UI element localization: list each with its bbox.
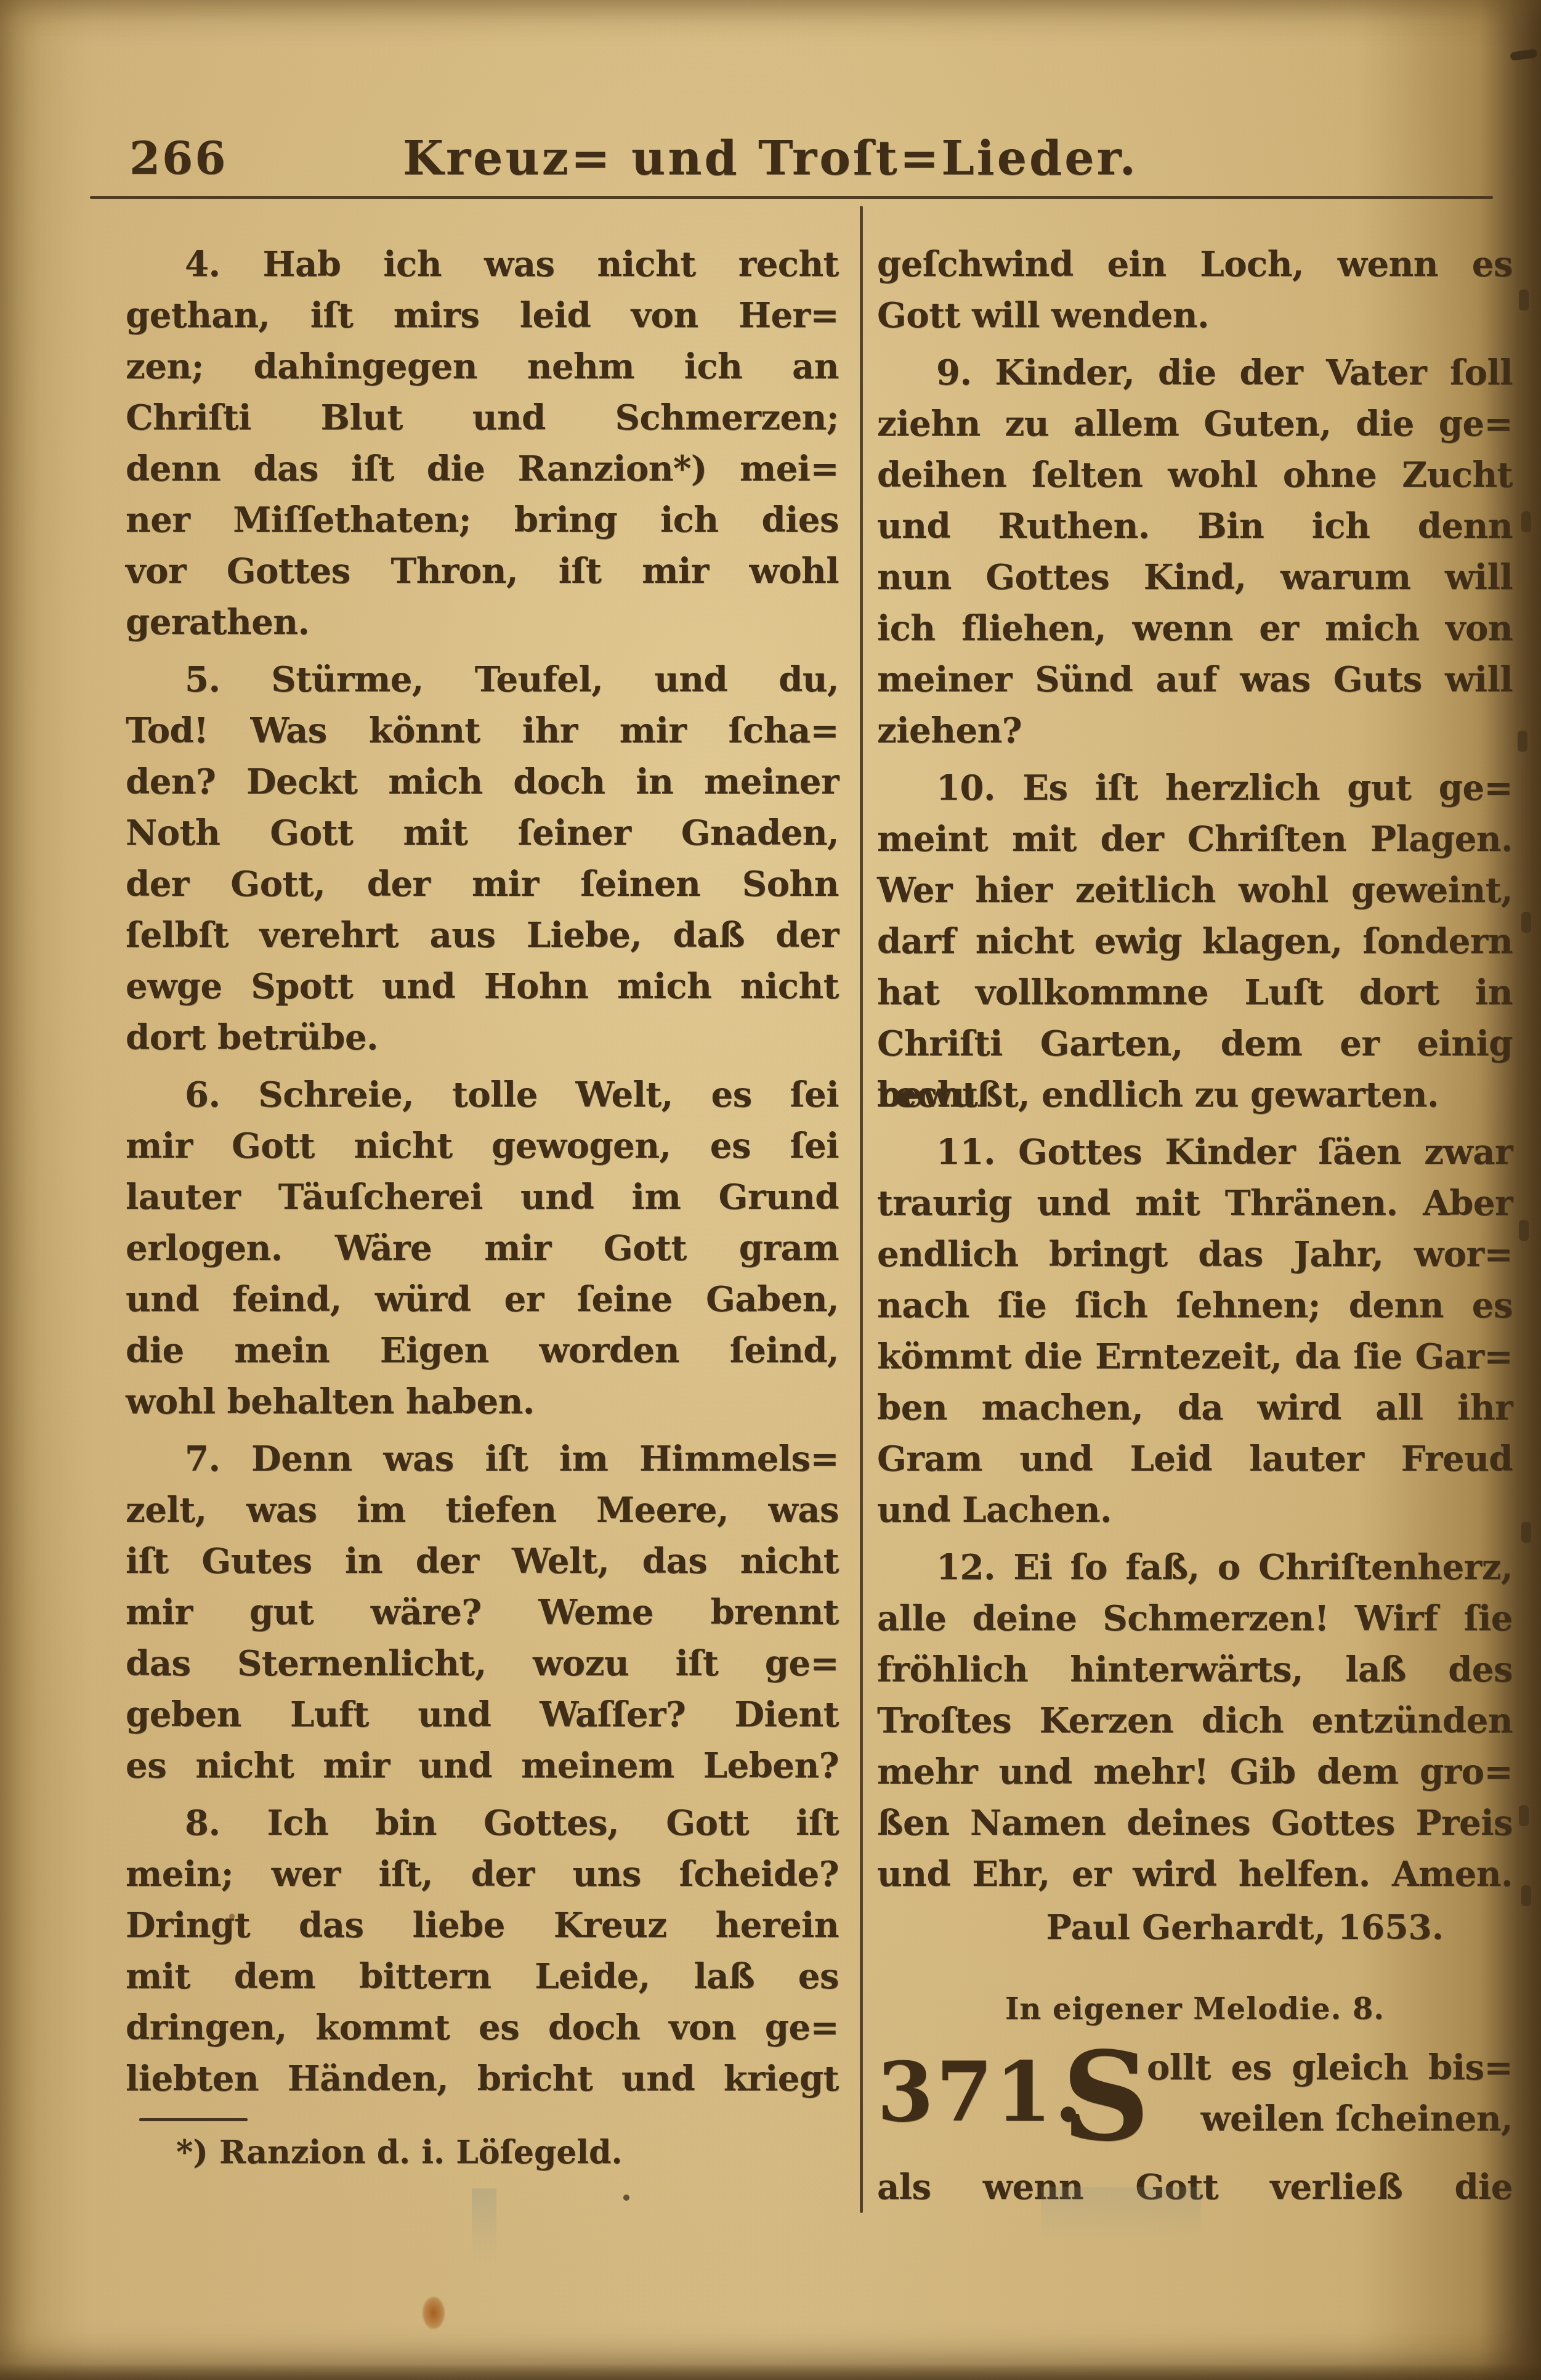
book-page: 266 Kreuz= und Troſt=Lieder. 4. Hab ich … (0, 0, 1541, 2380)
scan-streak (472, 2188, 496, 2262)
text-line: geben Luft und Waſſer? Dient (126, 1689, 839, 1740)
page-edge-mark (1521, 1885, 1531, 1906)
text-line: der Gott, der mir ſeinen Sohn (126, 859, 839, 910)
text-line: es nicht mir und meinem Leben? (126, 1740, 839, 1792)
text-line: wohl behalten haben. (126, 1376, 839, 1428)
text-line: nun Gottes Kind, warum will (877, 552, 1513, 603)
text-line: 10. Es iſt herzlich gut ge= (877, 763, 1513, 814)
text-line: iſt Gutes in der Welt, das nicht (126, 1536, 839, 1587)
verse-9: 9. Kinder, die der Vater ſollziehn zu al… (877, 347, 1513, 757)
paper-speck (623, 2195, 629, 2201)
hymn-371-opening: 371. S ollt es gleich bis=weilen ſcheine… (877, 2039, 1513, 2159)
text-line: 7. Denn was iſt im Himmels= (126, 1434, 839, 1485)
text-line: ziehen? (877, 705, 1513, 757)
verse-6: 6. Schreie, tolle Welt, es ſeimir Gott n… (126, 1070, 839, 1428)
text-line: 8. Ich bin Gottes, Gott iſt (126, 1798, 839, 1849)
text-line: 9. Kinder, die der Vater ſoll (877, 347, 1513, 399)
footnote-separator (139, 2118, 248, 2121)
right-column: geſchwind ein Loch, wenn esGott will wen… (877, 239, 1513, 2213)
hymn-dropcap-initial: S (1062, 2039, 1147, 2159)
page-edge-mark (1519, 1220, 1529, 1241)
text-line: endlich bringt das Jahr, wor= (877, 1229, 1513, 1280)
text-line: Tod! Was könnt ihr mir ſcha= (126, 705, 839, 757)
text-line: traurig und mit Thränen. Aber (877, 1178, 1513, 1229)
hymn-continuation-line: als wenn Gott verließ die (877, 2162, 1513, 2213)
verse-11: 11. Gottes Kinder ſäen zwartraurig und m… (877, 1127, 1513, 1536)
text-line: 4. Hab ich was nicht recht (126, 239, 839, 290)
page-header-title: Kreuz= und Troſt=Lieder. (0, 131, 1541, 185)
text-line: mir gut wäre? Weme brennt (126, 1587, 839, 1638)
text-line: gethan, iſt mirs leid von Her= (126, 290, 839, 341)
paper-stain-rust (423, 2297, 445, 2329)
text-line: erlogen. Wäre mir Gott gram (126, 1223, 839, 1274)
text-line: und feind, würd er ſeine Gaben, (126, 1274, 839, 1325)
text-line: dringen, kommt es doch von ge= (126, 2002, 839, 2053)
page-edge-mark (1519, 290, 1529, 311)
text-line: meint mit der Chriſten Plagen. (877, 814, 1513, 865)
text-line: zen; dahingegen nehm ich an (126, 341, 839, 392)
header-rule (90, 196, 1493, 199)
text-line: Troſtes Kerzen dich entzünden (877, 1696, 1513, 1747)
text-line: die mein Eigen worden ſeind, (126, 1325, 839, 1376)
text-line: gerathen. (126, 597, 839, 648)
text-line: weilen ſcheinen, (1147, 2094, 1513, 2145)
text-line: mit dem bittern Leide, laß es (126, 1951, 839, 2002)
text-line: ewge Spott und Hohn mich nicht (126, 961, 839, 1012)
verse-12: 12. Ei ſo faß, o Chriſtenherz,alle deine… (877, 1542, 1513, 1900)
text-line: ben machen, da wird all ihr (877, 1383, 1513, 1434)
text-line: 11. Gottes Kinder ſäen zwar (877, 1127, 1513, 1178)
text-line: liebten Händen, bricht und kriegt (126, 2053, 839, 2105)
text-line: dort betrübe. (126, 1012, 839, 1063)
text-line: mir Gott nicht gewogen, es ſei (126, 1121, 839, 1172)
hymn-attribution: Paul Gerhardt, 1653. (877, 1901, 1513, 1952)
text-line: ich fliehen, wenn er mich von (877, 603, 1513, 654)
verse-4: 4. Hab ich was nicht rechtgethan, iſt mi… (126, 239, 839, 648)
verse-10: 10. Es iſt herzlich gut ge=meint mit der… (877, 763, 1513, 1121)
text-line: ziehn zu allem Guten, die ge= (877, 399, 1513, 450)
text-line: bewußt, endlich zu gewarten. (877, 1070, 1513, 1121)
text-line: und Ruthen. Bin ich denn (877, 501, 1513, 552)
page-edge-mark (1519, 1805, 1529, 1826)
ink-mark-top-right (1510, 49, 1538, 61)
text-line: 6. Schreie, tolle Welt, es ſei (126, 1070, 839, 1121)
page-edge-mark (1521, 912, 1531, 933)
text-line: ſelbſt verehrt aus Liebe, daß der (126, 910, 839, 961)
text-line: ner Miſſethaten; bring ich dies (126, 495, 839, 546)
text-line: mehr und mehr! Gib dem gro= (877, 1747, 1513, 1798)
hymn-number: 371. (877, 2039, 1062, 2159)
text-line: 5. Stürme, Teufel, und du, (126, 654, 839, 705)
verse-8-continuation: geſchwind ein Loch, wenn esGott will wen… (877, 239, 1513, 341)
text-line: das Sternenlicht, wozu iſt ge= (126, 1638, 839, 1689)
text-line: kömmt die Erntezeit, da ſie Gar= (877, 1331, 1513, 1383)
verse-8: 8. Ich bin Gottes, Gott iſtmein; wer iſt… (126, 1798, 839, 2105)
text-line: hat vollkommne Luſt dort in (877, 967, 1513, 1018)
text-line: 12. Ei ſo faß, o Chriſtenherz, (877, 1542, 1513, 1593)
text-line: fröhlich hinterwärts, laß des (877, 1644, 1513, 1696)
text-line: meiner Sünd auf was Guts will (877, 654, 1513, 705)
verse-7: 7. Denn was iſt im Himmels=zelt, was im … (126, 1434, 839, 1792)
text-line: ollt es gleich bis= (1147, 2042, 1513, 2094)
text-line: lauter Täuſcherei und im Grund (126, 1172, 839, 1223)
footnote-text: *) Ranzion d. i. Löſegeld. (126, 2131, 839, 2174)
text-line: vor Gottes Thron, iſt mir wohl (126, 546, 839, 597)
text-line: deihen ſelten wohl ohne Zucht (877, 450, 1513, 501)
text-line: geſchwind ein Loch, wenn es (877, 239, 1513, 290)
text-line: zelt, was im tiefen Meere, was (126, 1485, 839, 1536)
text-line: und Lachen. (877, 1485, 1513, 1536)
text-line: den? Deckt mich doch in meiner (126, 757, 839, 808)
text-line: nach ſie ſich ſehnen; denn es (877, 1280, 1513, 1331)
text-line: Gott will wenden. (877, 290, 1513, 341)
text-line: Dringt das liebe Kreuz herein (126, 1900, 839, 1951)
verse-5: 5. Stürme, Teufel, und du,Tod! Was könnt… (126, 654, 839, 1063)
text-line: Noth Gott mit ſeiner Gnaden, (126, 808, 839, 859)
text-line: und Ehr, er wird helfen. Amen. (877, 1849, 1513, 1900)
left-column: 4. Hab ich was nicht rechtgethan, iſt mi… (126, 239, 839, 2174)
page-edge-shadow (0, 2363, 1541, 2380)
text-line: Gram und Leid lauter Freud (877, 1434, 1513, 1485)
text-line: Wer hier zeitlich wohl geweint, (877, 865, 1513, 916)
text-line: mein; wer iſt, der uns ſcheide? (126, 1849, 839, 1900)
text-line: darf nicht ewig klagen, ſondern (877, 916, 1513, 967)
page-edge-mark (1521, 1522, 1531, 1543)
page-edge-mark (1521, 511, 1531, 532)
text-line: denn das iſt die Ranzion*) mei= (126, 444, 839, 495)
text-line: alle deine Schmerzen! Wirf ſie (877, 1593, 1513, 1644)
text-line: ßen Namen deines Gottes Preis (877, 1798, 1513, 1849)
text-line: Chriſti Blut und Schmerzen; (126, 392, 839, 444)
page-edge-mark (1518, 731, 1527, 752)
text-line: Chriſti Garten, dem er einig recht (877, 1018, 1513, 1070)
column-divider-rule (860, 206, 863, 2213)
hymn-opening-lines: ollt es gleich bis=weilen ſcheinen, (1147, 2039, 1513, 2159)
melody-note: In eigener Melodie. 8. (877, 1991, 1513, 2028)
